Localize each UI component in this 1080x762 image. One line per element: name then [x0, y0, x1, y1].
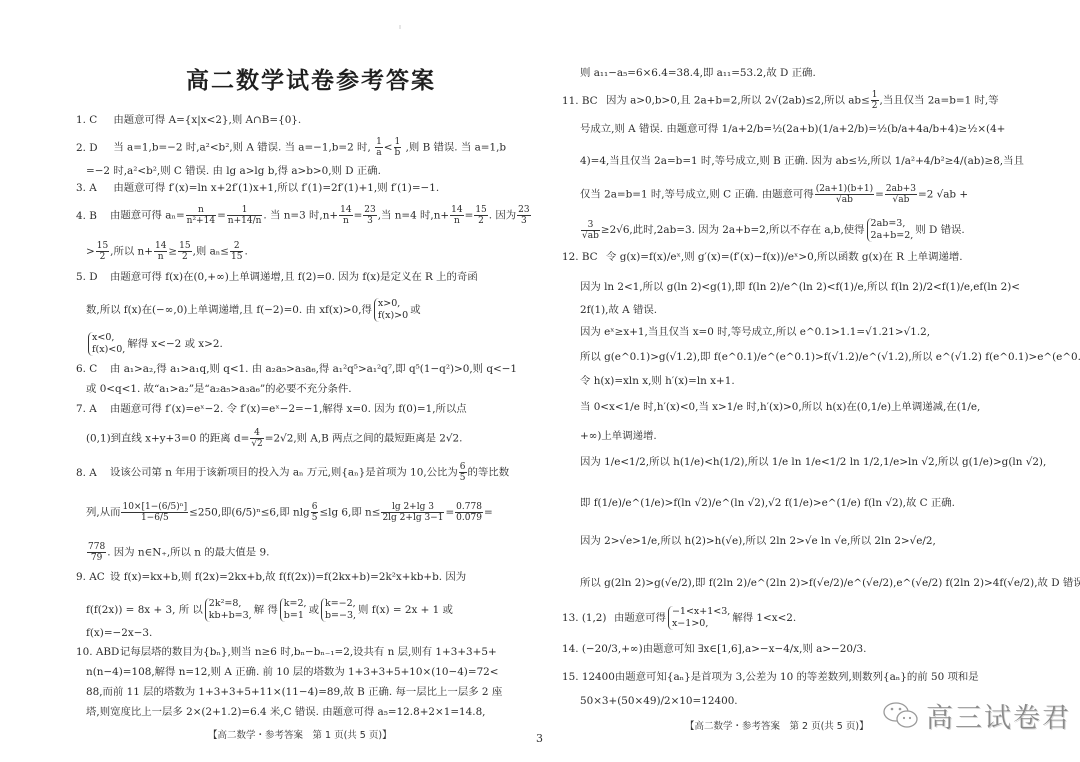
- answer-q11-l5: 3√ab≥2√6,此时,2ab=3. 因为 2a+b=2,所以不存在 a,b,使…: [580, 218, 965, 242]
- answer-q10-l4: 塔,则宽度比上一层多 2×(2+1.2)=6.4 米,C 错误. 由题意可得 a…: [86, 705, 486, 719]
- answer-q3: 3. A 由题意可得 f′(x)=ln x+2f′(1)x+1,所以 f′(1)…: [76, 181, 439, 195]
- answer-q10-cont: 则 a₁₁−a₅=6×6.4=38.4,即 a₁₁=53.2,故 D 正确.: [580, 66, 816, 80]
- scan-page-number: 3: [536, 732, 543, 745]
- answer-q8-cont: 列,从而10×[1−(6/5)ⁿ]1−6/5≤250,即(6/5)ⁿ≤6,即 n…: [86, 502, 493, 523]
- answer-page-2: 则 a₁₁−a₅=6×6.4=38.4,即 a₁₁=53.2,故 D 正确. 1…: [545, 0, 1080, 762]
- page-footer: 【高二数学・参考答案 第 2 页(共 5 页)】: [685, 718, 869, 732]
- answer-q12-l5: 所以 g(e^0.1)>g(√1.2),即 f(e^0.1)/e^(e^0.1)…: [580, 350, 1080, 364]
- answer-q10-l2: n(n−4)=108,解得 n=12,则 A 正确. 前 10 层的塔数为 1+…: [86, 665, 499, 679]
- answer-q14: 14. (−20/3,+∞)由题意可知 ∃x∈[1,6],a>−x−4/x,则 …: [562, 642, 866, 656]
- answer-q2: 2. D 当 a=1,b=−2 时,a²<b²,则 A 错误. 当 a=−1,b…: [76, 137, 506, 158]
- answer-q12-l6: 令 h(x)=xln x,则 h′(x)=ln x+1.: [580, 374, 735, 388]
- answer-q11-l3: 4)=4,当且仅当 2a=b=1 时,等号成立,则 B 正确. 因为 ab≤½,…: [580, 154, 1024, 168]
- answer-q12-l7: 当 0<x<1/e 时,h′(x)<0,当 x>1/e 时,h′(x)>0,所以…: [580, 400, 980, 414]
- answer-q7-cont: (0,1)到直线 x+y+3=0 的距离 d=4√2=2√2,则 A,B 两点之…: [86, 428, 462, 449]
- equation-system: x<0,f(x)<0,: [88, 332, 125, 356]
- answer-q11: 11. BC因为 a>0,b>0,且 2a+b=2,所以 2√(2ab)≤2,所…: [562, 90, 999, 111]
- answer-q6: 6. C由 a₁>a₂,得 a₁>a₁q,则 q<1. 由 a₂a₅>a₃a₆,…: [76, 362, 517, 376]
- wechat-icon: [882, 700, 920, 730]
- answer-q10-l3: 88,而前 11 层的塔数为 1+3+3+5+11×(11−4)=89,故 B …: [86, 685, 502, 699]
- answer-q5-cont: 数,所以 f(x)在(−∞,0)上单调递增,且 f(−2)=0. 由 xf(x)…: [86, 298, 421, 322]
- watermark-text: 高三试卷君: [926, 696, 1071, 735]
- answer-q7: 7. A由题意可得 f′(x)=eˣ−2. 令 f′(x)=eˣ−2=−1,解得…: [76, 402, 467, 416]
- answer-q5-cont2: x<0,f(x)<0,解得 x<−2 或 x>2.: [86, 332, 223, 356]
- answer-q1: 1. C 由题意可得 A={x|x<2},则 A∩B={0}.: [76, 113, 301, 127]
- page-footer: 【高二数学・参考答案 第 1 页(共 5 页)】: [208, 727, 392, 741]
- answer-q12-l11: 因为 2>√e>1/e,所以 h(2)>h(√e),所以 2ln 2>√e ln…: [580, 534, 936, 548]
- answer-q12-l2: 因为 ln 2<1,所以 g(ln 2)<g(1),即 f(ln 2)/e^(l…: [580, 280, 1020, 294]
- answer-q11-l2: 号成立,则 A 错误. 由题意可得 1/a+2/b=½(2a+b)(1/a+2/…: [580, 122, 1005, 136]
- answer-q12-l12: 所以 g(2ln 2)>g(√e/2),即 f(2ln 2)/e^(2ln 2)…: [580, 576, 1080, 590]
- answer-q12: 12. BC令 g(x)=f(x)/eˣ,则 g′(x)=(f′(x)−f(x)…: [562, 250, 963, 264]
- answer-q12-l9: 因为 1/e<1/2,所以 h(1/e)<h(1/2),所以 1/e ln 1/…: [580, 455, 1046, 469]
- answer-q12-l10: 即 f(1/e)/e^(1/e)>f(ln √2)/e^(ln √2),√2 f…: [580, 496, 955, 510]
- answer-q4-cont: >152,所以 n+14n≥152,则 aₙ≤215.: [86, 241, 248, 262]
- answer-q11-l4: 仅当 2a=b=1 时,等号成立,则 C 正确. 由题意可得(2a+1)(b+1…: [580, 184, 968, 205]
- answer-q9: 9. AC设 f(x)=kx+b,则 f(2x)=2kx+b,故 f(f(2x)…: [76, 570, 466, 584]
- answer-q5: 5. D由题意可得 f(x)在(0,+∞)上单调递增,且 f(2)=0. 因为 …: [76, 270, 478, 284]
- answer-q8: 8. A设该公司第 n 年用于该新项目的投入为 aₙ 万元,则{aₙ}是首项为 …: [76, 462, 509, 483]
- answer-q4: 4. B由题意可得 aₙ=nn²+14=1n+14/n. 当 n=3 时,n+1…: [76, 205, 532, 226]
- answer-q15-l2: 50×3+(50×49)/2×10=12400.: [580, 694, 738, 708]
- fraction: 1a: [375, 137, 383, 158]
- answer-q2-cont: =−2 时,a²<b²,则 C 错误. 由 lg a>lg b,得 a>b>0,…: [86, 164, 381, 178]
- answer-q15: 15. 12400由题意可知{aₙ}是首项为 3,公差为 10 的等差数列,则数…: [562, 670, 979, 684]
- answer-q12-l4: 因为 eˣ≥x+1,当且仅当 x=0 时,等号成立,所以 e^0.1>1.1=√…: [580, 325, 930, 339]
- answer-q8-cont2: 77879. 因为 n∈N₊,所以 n 的最大值是 9.: [86, 542, 269, 563]
- equation-system: x>0,f(x)>0: [374, 298, 408, 322]
- answer-q6-cont: 或 0<q<1. 故“a₁>a₂”是“a₂a₅>a₃a₆”的必要不充分条件.: [86, 382, 352, 396]
- answer-q9-cont: f(f(2x)) = 8x + 3, 所 以2k²=8,kb+b=3,解 得k=…: [86, 598, 453, 622]
- answer-q9-cont2: f(x)=−2x−3.: [86, 626, 152, 640]
- answer-q13: 13. (1,2)由题意可得−1<x+1<3,x−1>0,解得 1<x<2.: [562, 606, 796, 630]
- fraction: 1b: [394, 137, 402, 158]
- page-title: 高二数学试卷参考答案: [186, 62, 436, 95]
- watermark: 高三试卷君: [882, 692, 1072, 738]
- answer-q12-l3: 2f(1),故 A 错误.: [580, 303, 657, 317]
- answer-q12-l8: +∞)上单调递增.: [580, 429, 657, 443]
- answer-q10: 10. ABD记每层塔的数目为{bₙ},则当 n≥6 时,bₙ−bₙ₋₁=2,设…: [76, 645, 497, 659]
- answer-page-1: 高二数学试卷参考答案 1. C 由题意可得 A={x|x<2},则 A∩B={0…: [0, 0, 545, 762]
